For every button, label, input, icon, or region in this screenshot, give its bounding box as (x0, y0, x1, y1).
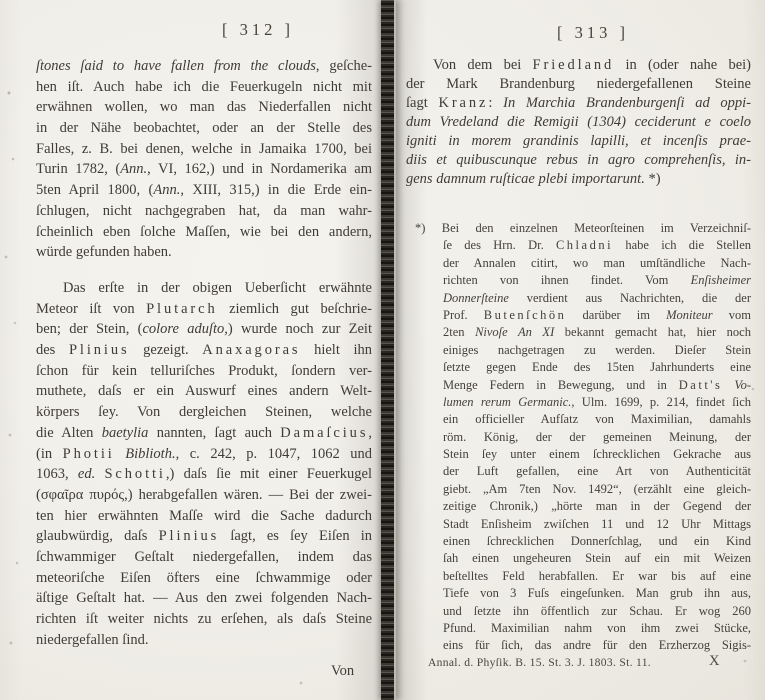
letterspaced-name: Friedland (533, 57, 615, 73)
page-number: [ 312 ] (222, 20, 294, 40)
text-run: einen ſchrecklichen Donnerſchlag, und ei… (443, 534, 751, 548)
text-run: körpers ſey. Von dergleichen Steinen, we… (36, 404, 372, 420)
text-run: darüber im (566, 308, 666, 322)
text-run: Meteor iſt von (36, 301, 146, 317)
text-line: glaubwürdig, daſs Plinius ſagt, es ſey E… (36, 526, 372, 547)
text-run: : (488, 95, 503, 111)
text-line: körpers ſey. Von dergleichen Steinen, we… (36, 402, 372, 423)
text-line: ſchon für kein telluriſches Produkt, ſon… (36, 361, 372, 382)
signature-mark: X (709, 653, 719, 670)
italic-text: Nivoſe An XI (475, 325, 554, 339)
italic-text: ed. (78, 466, 95, 482)
text-line: äſtige Geſtalt hat. — Aus den zwei folge… (36, 588, 372, 609)
text-line: niedergefallen ſind. (36, 630, 372, 651)
text-line: diis et quibuscunque rebus in agro compr… (406, 151, 751, 170)
journal-citation: Annal. d. Phyſik. B. 15. St. 3. J. 1803.… (428, 656, 651, 669)
text-run: röm. König, der der gemeinen Meinung, de… (443, 430, 751, 444)
text-run: Falles, z. B. bei denen, welche in Jamai… (36, 141, 372, 157)
text-line: hen iſt. Auch habe ich die Feuerkugeln n… (36, 77, 372, 98)
text-run: in der Nähe beobachtet, oder an der Stel… (36, 120, 372, 136)
text-run: in (oder nahe bei) (614, 57, 751, 73)
text-line: lumen rerum Germanic., Ulm. 1699, p. 214… (415, 394, 751, 411)
italic-text: colore aduſto, (142, 321, 227, 337)
text-line: 2ten Nivoſe An XI bekannt gemacht hat, h… (415, 324, 751, 341)
letterspaced-name: Anaxagoras (202, 342, 300, 358)
text-run: niedergefallen ſind. (36, 632, 148, 648)
text-run: ſagt (406, 95, 438, 111)
italic-text: Vo- (734, 378, 751, 392)
text-run: *) (645, 171, 661, 187)
text-line: igniti in morem grandinis lapilli, et in… (406, 132, 751, 151)
letterspaced-name: Plutarch (146, 301, 218, 317)
text-run: richten von ihnen findet. Vom (443, 273, 691, 287)
text-line: erwähnen wollen, wo man das Niederfallen… (36, 97, 372, 118)
text-run: verdient aus Nachrichten, die der (509, 291, 751, 305)
paragraph: Das erſte in der obigen Ueberſicht erwäh… (36, 278, 372, 650)
text-run: der Mark Brandenburg niedergefallenen St… (406, 76, 751, 92)
text-line: röm. König, der der gemeinen Meinung, de… (415, 429, 751, 446)
paragraph-continued: ſtones ſaid to have fallen from the clou… (36, 56, 372, 263)
letterspaced-name: Kranz (438, 95, 488, 111)
text-line: eins für ſich, das andre für den Erzherz… (415, 637, 751, 654)
italic-text: Donnerſteine (443, 291, 509, 305)
text-run: würde gefunden haben. (36, 244, 172, 260)
paragraph: Von dem bei Friedland in (oder nahe bei)… (406, 56, 751, 189)
text-line: giebt. „Am 7ten Nov. 1492“, (erzählt ein… (415, 481, 751, 498)
italic-text: dum Vredeland die Remigii (1304) cecider… (406, 114, 751, 130)
text-line: Prof. Butenſchön darüber im Moniteur vom (415, 307, 751, 324)
text-line: beſtelltes Feld herabfallen. Er war bis … (415, 568, 751, 585)
letterspaced-name: Schotti (104, 466, 165, 482)
text-line: Das erſte in der obigen Ueberſicht erwäh… (36, 278, 372, 299)
letterspaced-name: Plinius (69, 342, 130, 358)
text-run: hielt ihn (300, 342, 372, 358)
text-line: muthete, daſs er ein Auswurf eines ander… (36, 381, 372, 402)
text-line: und ſetzte ihn öffentlich zur Schau. Er … (415, 603, 751, 620)
text-line: ſchwammiger Geſtalt niedergefallen, inde… (36, 547, 372, 568)
text-line: ſetzte gegen Ende des 15ten Jahrhunderts… (415, 359, 751, 376)
text-run: habe ich die Stellen (613, 238, 751, 252)
text-run: , VI, 162,) und in Nordamerika am (147, 161, 372, 177)
text-line: (in Photii Biblioth., c. 242, p. 1047, 1… (36, 444, 372, 465)
text-line: würde gefunden haben. (36, 242, 372, 263)
italic-text: In Marchia Brandenburgenſi ad oppi- (503, 95, 751, 111)
text-run: ſah einen ungeheuren Stein auf ein mit W… (443, 551, 751, 565)
footer-line: Annal. d. Phyſik. B. 15. St. 3. J. 1803.… (428, 656, 760, 669)
text-run: 5ten April 1800, ( (36, 182, 153, 198)
book-scan: [ 312 ] ſtones ſaid to have fallen from … (0, 0, 765, 700)
text-run: der Luft gefallen, eine Art von Authenti… (443, 464, 751, 478)
text-line: ein officieller Aufſatz von Maximilian, … (415, 411, 751, 428)
text-run: , geſche- (316, 58, 372, 74)
text-run (722, 378, 734, 392)
text-run: , XIII, 315,) in die Erde ein- (180, 182, 372, 198)
italic-text: lumen rerum Germanic. (443, 395, 571, 409)
text-run: die Alten (36, 425, 102, 441)
text-line: ſah einen ungeheuren Stein auf ein mit W… (415, 550, 751, 567)
text-run: ſchwammiger Geſtalt niedergefallen, inde… (36, 549, 372, 565)
page-number: [ 313 ] (557, 23, 629, 43)
text-run: (in (36, 446, 63, 462)
catchword: Von (331, 663, 354, 680)
text-run: ,) daſs ſie mit einer Feuerkugel (166, 466, 372, 482)
text-run: eins für ſich, das andre für den Erzherz… (443, 638, 751, 652)
text-run: und ſetzte ihn öffentlich zur Schau. Er … (443, 604, 751, 618)
text-run: einiges nachgetragen zu werden. Dieſer S… (443, 343, 751, 357)
text-run: ten hier erwähnten Maſſe wird die Sache … (36, 508, 372, 524)
text-run: Tiefe von 3 Fuſs eingeſunken. Man grub i… (443, 586, 751, 600)
text-line: ſtones ſaid to have fallen from the clou… (36, 56, 372, 77)
text-run: ſchlugen, nicht nachgegraben hat, da man… (36, 203, 372, 219)
text-run: äſtige Geſtalt hat. — Aus den zwei folge… (36, 590, 372, 606)
text-line: dum Vredeland die Remigii (1304) cecider… (406, 113, 751, 132)
text-line: die Alten baetylia nannten, ſagt auch Da… (36, 423, 372, 444)
italic-text: igniti in morem grandinis lapilli, et in… (406, 133, 751, 149)
text-run: ) wurde noch zur Zeit (228, 321, 372, 337)
text-run: beſtelltes Feld herabfallen. Er war bis … (443, 569, 751, 583)
page-313: [ 313 ] Von dem bei Friedland in (oder n… (394, 0, 765, 700)
text-run: nannten, ſagt auch (148, 425, 280, 441)
text-run: richten iſt weiter nichts zu erſehen, al… (36, 611, 372, 627)
text-run: ſcheinlich eben ſolche Maſſen, wie bei d… (36, 224, 372, 240)
text-run: Turin 1782, ( (36, 161, 120, 177)
letterspaced-name: Damaſcius (280, 425, 368, 441)
text-line: Donnerſteine verdient aus Nachrichten, d… (415, 290, 751, 307)
scan-noise (0, 0, 2, 2)
text-line: ſagt Kranz: In Marchia Brandenburgenſi a… (406, 94, 751, 113)
text-run: *) Bei den einzelnen Meteorſteinen im Ve… (415, 221, 751, 235)
text-run: Pfund. Maximilian nahm von ihm zwei Stüc… (443, 621, 751, 635)
text-line: (σφαῖρα πυρός,) herabgefallen wären. — B… (36, 485, 372, 506)
text-run: vom (713, 308, 751, 322)
text-line: Menge Federn in Bewegung, und in Datt's … (415, 377, 751, 394)
text-line: ten hier erwähnten Maſſe wird die Sache … (36, 506, 372, 527)
text-line: des Plinius gezeigt. Anaxagoras hielt ih… (36, 340, 372, 361)
text-line: 1063, ed. Schotti,) daſs ſie mit einer F… (36, 464, 372, 485)
text-run: ziemlich gut beſchrie- (218, 301, 372, 317)
text-run: , (368, 425, 372, 441)
italic-text: baetylia (102, 425, 149, 441)
text-line: der Mark Brandenburg niedergefallenen St… (406, 75, 751, 94)
text-line: gens damnum ruſticae plebi importarunt. … (406, 170, 751, 189)
text-run: Stadt Enſisheim zwiſchen 11 und 12 Uhr M… (443, 517, 751, 531)
text-line: richten iſt weiter nichts zu erſehen, al… (36, 609, 372, 630)
text-line: Von dem bei Friedland in (oder nahe bei) (406, 56, 751, 75)
text-run: erwähnen wollen, wo man das Niederfallen… (36, 99, 372, 115)
text-line: Turin 1782, (Ann., VI, 162,) und in Nord… (36, 159, 372, 180)
text-run: hen iſt. Auch habe ich die Feuerkugeln n… (36, 79, 372, 95)
text-run (115, 446, 126, 462)
footnote: *) Bei den einzelnen Meteorſteinen im Ve… (415, 220, 751, 655)
text-line: Pfund. Maximilian nahm von ihm zwei Stüc… (415, 620, 751, 637)
text-line: ſchlugen, nicht nachgegraben hat, da man… (36, 201, 372, 222)
text-line: Tiefe von 3 Fuſs eingeſunken. Man grub i… (415, 585, 751, 602)
text-line: richten von ihnen findet. Vom Enſisheime… (415, 272, 751, 289)
text-run: muthete, daſs er ein Auswurf eines ander… (36, 383, 372, 399)
text-line: der Luft gefallen, eine Art von Authenti… (415, 463, 751, 480)
text-run: des (36, 342, 69, 358)
text-run: ſe des Hrn. Dr. (443, 238, 556, 252)
text-run: , Ulm. 1699, p. 214, findet ſich (571, 395, 751, 409)
italic-text: Ann. (153, 182, 180, 198)
text-run: glaubwürdig, daſs (36, 528, 159, 544)
text-run: 1063, (36, 466, 78, 482)
text-run: gezeigt. (130, 342, 203, 358)
letterspaced-name: Photii (63, 446, 115, 462)
text-run: Stein ſey unter einem ſchrecklichen Gekr… (443, 447, 751, 461)
text-run: ſetzte gegen Ende des 15ten Jahrhunderts… (443, 360, 751, 374)
text-line: zeitige Chronik,) „hörte man in der Gege… (415, 498, 751, 515)
text-line: ben; der Stein, (colore aduſto,) wurde n… (36, 319, 372, 340)
text-line: in der Nähe beobachtet, oder an der Stel… (36, 118, 372, 139)
italic-text: Enſisheimer (691, 273, 751, 287)
text-line: 5ten April 1800, (Ann., XIII, 315,) in d… (36, 180, 372, 201)
text-run: giebt. „Am 7ten Nov. 1492“, (erzählt ein… (443, 482, 751, 496)
page-312: [ 312 ] ſtones ſaid to have fallen from … (0, 0, 381, 700)
text-line: einen ſchrecklichen Donnerſchlag, und ei… (415, 533, 751, 550)
text-run: Prof. (443, 308, 484, 322)
text-run: (σφαῖρα πυρός,) herabgefallen wären. — B… (36, 487, 372, 503)
text-run: der Annalen citirt, wo man umſtändliche … (443, 256, 751, 270)
text-line: der Annalen citirt, wo man umſtändliche … (415, 255, 751, 272)
text-line: Stein ſey unter einem ſchrecklichen Gekr… (415, 446, 751, 463)
letterspaced-name: Butenſchön (484, 308, 567, 322)
text-run: meteoriſche Eiſen öfters eine ſchwammige… (36, 570, 372, 586)
text-line: Meteor iſt von Plutarch ziemlich gut beſ… (36, 299, 372, 320)
text-run: zeitige Chronik,) „hörte man in der Gege… (443, 499, 751, 513)
text-run: bekannt gemacht hat, hier noch (554, 325, 751, 339)
italic-text: Moniteur (666, 308, 713, 322)
text-run: Das erſte in der obigen Ueberſicht erwäh… (63, 280, 372, 296)
text-line: ſcheinlich eben ſolche Maſſen, wie bei d… (36, 222, 372, 243)
text-line: meteoriſche Eiſen öfters eine ſchwammige… (36, 568, 372, 589)
text-run: Menge Federn in Bewegung, und in (443, 378, 679, 392)
text-run: , c. 242, p. 1047, 1062 und (176, 446, 372, 462)
text-line: ſe des Hrn. Dr. Chladni habe ich die Ste… (415, 237, 751, 254)
text-line: Falles, z. B. bei denen, welche in Jamai… (36, 139, 372, 160)
text-run: ben; der Stein, ( (36, 321, 142, 337)
italic-text: ſtones ſaid to have fallen from the clou… (36, 58, 316, 74)
text-run: ſagt, es ſey Eiſen in (219, 528, 372, 544)
text-run: ein officieller Aufſatz von Maximilian, … (443, 412, 751, 426)
letterspaced-name: Chladni (556, 238, 613, 252)
letterspaced-name: Datt's (679, 378, 723, 392)
text-line: Stadt Enſisheim zwiſchen 11 und 12 Uhr M… (415, 516, 751, 533)
text-run: ſchon für kein telluriſches Produkt, ſon… (36, 363, 372, 379)
italic-text: Biblioth. (125, 446, 175, 462)
text-line: einiges nachgetragen zu werden. Dieſer S… (415, 342, 751, 359)
italic-text: Ann. (120, 161, 147, 177)
italic-text: gens damnum ruſticae plebi importarunt. (406, 171, 645, 187)
text-run: Von dem bei (433, 57, 533, 73)
text-run: 2ten (443, 325, 475, 339)
letterspaced-name: Plinius (159, 528, 220, 544)
italic-text: diis et quibuscunque rebus in agro compr… (406, 152, 751, 168)
text-line: *) Bei den einzelnen Meteorſteinen im Ve… (415, 220, 751, 237)
